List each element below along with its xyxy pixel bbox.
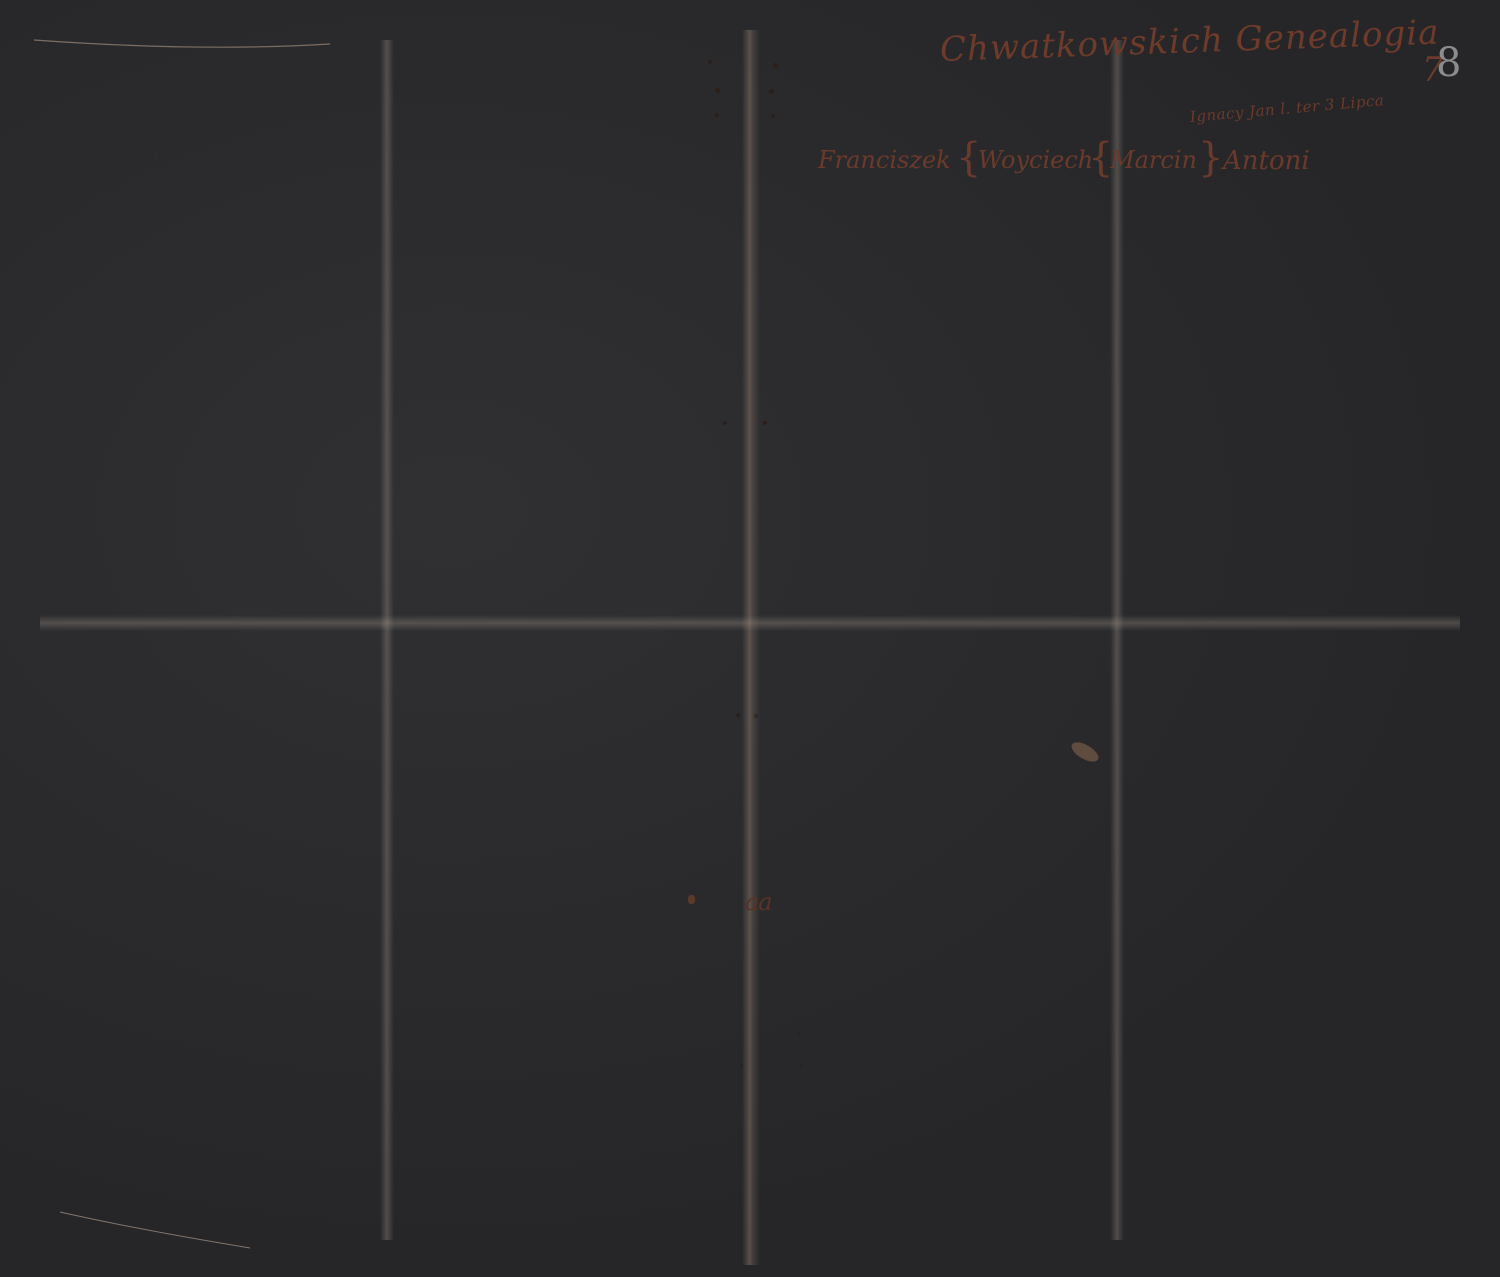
stitch-hole [769, 89, 774, 94]
brace-icon: } [1198, 138, 1223, 178]
manuscript-sheet: Chwatkowskich Genealogia 7 8 Franciszek … [0, 0, 1500, 1277]
stitch-hole [736, 713, 740, 717]
stitch-hole [763, 421, 767, 425]
stitch-hole [708, 60, 712, 64]
stamp-ghost [60, 95, 157, 202]
stitch-hole [715, 113, 719, 117]
genealogy-name: Antoni [1223, 146, 1310, 176]
stitch-hole [771, 114, 775, 118]
genealogy-name: Woyciech [978, 146, 1093, 174]
stitch-hole [754, 714, 758, 718]
folio-number-pencil: 8 [1436, 40, 1462, 86]
fold-crease-left [380, 40, 394, 1240]
ink-blot [688, 895, 695, 904]
center-fold [742, 30, 760, 1265]
stitch-hole [715, 88, 720, 93]
stitch-hole [723, 421, 727, 425]
stitch-hole [800, 1064, 803, 1067]
genealogy-name: Marcin [1110, 146, 1197, 174]
genealogy-name: Franciszek [818, 146, 951, 174]
stitch-hole [797, 1032, 800, 1035]
stitch-hole [740, 1064, 743, 1067]
stitch-hole [773, 63, 778, 68]
fold-crease-right [1110, 40, 1124, 1240]
scribble-mark: aa [745, 888, 772, 916]
